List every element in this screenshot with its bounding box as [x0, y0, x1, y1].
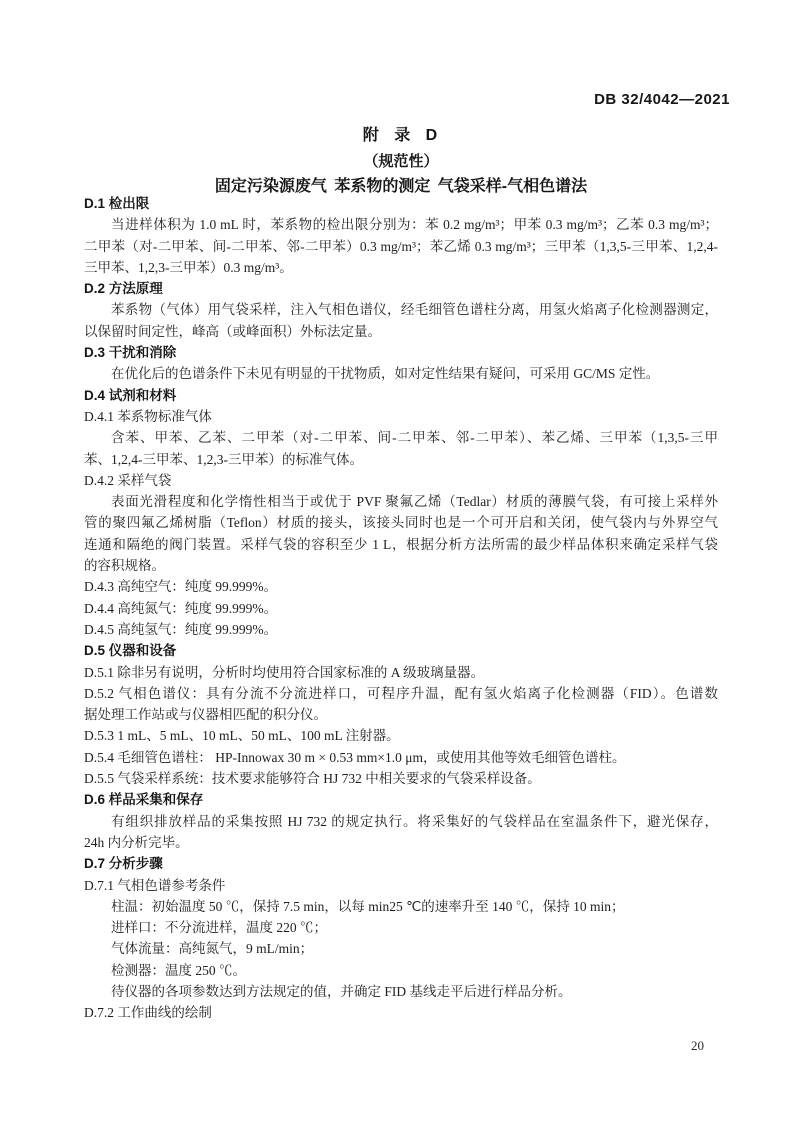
text-line: D.4 试剂和材料	[84, 385, 718, 406]
standard-code: DB 32/4042—2021	[594, 91, 730, 108]
text-line: 含苯、甲苯、乙苯、二甲苯（对-二甲苯、间-二甲苯、邻-二甲苯）、苯乙烯、三甲苯（…	[84, 427, 718, 448]
text-line: D.4.3 高纯空气：纯度 99.999%。	[84, 576, 718, 597]
text-line: 三甲苯、1,2,3-三甲苯）0.3 mg/m³。	[84, 257, 718, 278]
text-line: 苯、1,2,4-三甲苯、1,2,3-三甲苯）的标准气体。	[84, 449, 718, 470]
text-line: 的容积规格。	[84, 555, 718, 576]
text-line: D.4.4 高纯氮气：纯度 99.999%。	[84, 598, 718, 619]
text-line: D.4.1 苯系物标准气体	[84, 406, 718, 427]
document-body: D.1 检出限当进样体积为 1.0 mL 时，苯系物的检出限分别为：苯 0.2 …	[84, 193, 718, 1024]
text-line: 24h 内分析完毕。	[84, 832, 718, 853]
text-line: D.7 分析步骤	[84, 853, 718, 874]
text-line: 表面光滑程度和化学惰性相当于或优于 PVF 聚氟乙烯（Tedlar）材质的薄膜气…	[84, 491, 718, 512]
text-line: D.7.2 工作曲线的绘制	[84, 1002, 718, 1023]
text-line: D.5.2 气相色谱仪：具有分流不分流进样口，可程序升温，配有氢火焰离子化检测器…	[84, 683, 718, 704]
text-line: D.4.5 高纯氢气：纯度 99.999%。	[84, 619, 718, 640]
title-block: 附 录 D （规范性） 固定污染源废气 苯系物的测定 气袋采样-气相色谱法	[84, 123, 718, 199]
normative-label: （规范性）	[84, 149, 718, 174]
text-line: D.5.3 1 mL、5 mL、10 mL、50 mL、100 mL 注射器。	[84, 725, 718, 746]
text-line: 柱温：初始温度 50 ℃，保持 7.5 min，以每 min25 ℃的速率升至 …	[84, 896, 718, 917]
text-line: 气体流量：高纯氮气，9 mL/min；	[84, 938, 718, 959]
text-line: 待仪器的各项参数达到方法规定的值，并确定 FID 基线走平后进行样品分析。	[84, 981, 718, 1002]
text-line: D.5.1 除非另有说明，分析时均使用符合国家标准的 A 级玻璃量器。	[84, 662, 718, 683]
text-line: D.5 仪器和设备	[84, 640, 718, 661]
text-line: 管的聚四氟乙烯树脂（Teflon）材质的接头，该接头同时也是一个可开启和关闭，使…	[84, 512, 718, 533]
text-line: 连通和隔绝的阀门装置。采样气袋的容积至少 1 L，根据分析方法所需的最少样品体积…	[84, 534, 718, 555]
text-line: 二甲苯（对-二甲苯、间-二甲苯、邻-二甲苯）0.3 mg/m³；苯乙烯 0.3 …	[84, 236, 718, 257]
text-line: D.4.2 采样气袋	[84, 470, 718, 491]
document-page: DB 32/4042—2021 附 录 D （规范性） 固定污染源废气 苯系物的…	[0, 0, 800, 1131]
text-line: D.3 干扰和消除	[84, 342, 718, 363]
text-line: 检测器：温度 250 ℃。	[84, 960, 718, 981]
text-line: 进样口：不分流进样，温度 220 ℃；	[84, 917, 718, 938]
text-line: 以保留时间定性，峰高（或峰面积）外标法定量。	[84, 321, 718, 342]
text-line: 有组织排放样品的采集按照 HJ 732 的规定执行。将采集好的气袋样品在室温条件…	[84, 811, 718, 832]
text-line: D.1 检出限	[84, 193, 718, 214]
appendix-title: 附 录 D	[84, 123, 718, 149]
text-line: 当进样体积为 1.0 mL 时，苯系物的检出限分别为：苯 0.2 mg/m³；甲…	[84, 214, 718, 235]
text-line: D.5.4 毛细管色谱柱： HP-Innowax 30 m × 0.53 mm×…	[84, 747, 718, 768]
page-number: 20	[691, 1038, 704, 1054]
text-line: 在优化后的色谱条件下未见有明显的干扰物质，如对定性结果有疑问，可采用 GC/MS…	[84, 363, 718, 384]
text-line: D.2 方法原理	[84, 278, 718, 299]
text-line: 据处理工作站或与仪器相匹配的积分仪。	[84, 704, 718, 725]
text-line: D.7.1 气相色谱参考条件	[84, 875, 718, 896]
text-line: 苯系物（气体）用气袋采样，注入气相色谱仪，经毛细管色谱柱分离，用氢火焰离子化检测…	[84, 299, 718, 320]
text-line: D.6 样品采集和保存	[84, 789, 718, 810]
text-line: D.5.5 气袋采样系统：技术要求能够符合 HJ 732 中相关要求的气袋采样设…	[84, 768, 718, 789]
